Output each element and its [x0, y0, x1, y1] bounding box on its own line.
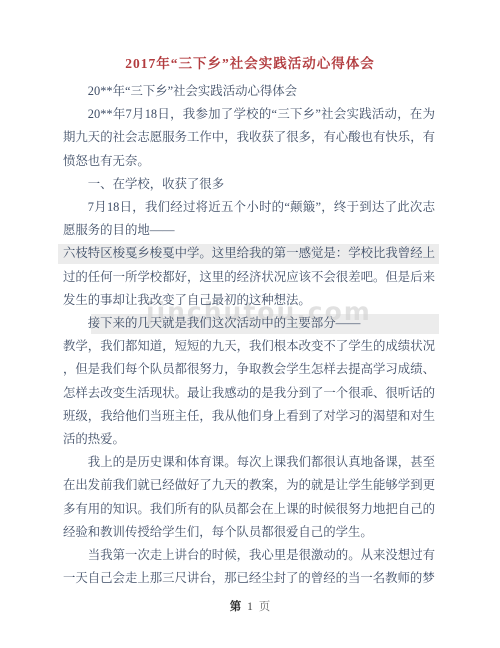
paragraph: 7月18日，我们经过将近五个小时的“颠簸”，终于到达了此次志愿服务的目的地—— [63, 196, 435, 242]
paragraph: 20**年7月18日，我参加了学校的“三下乡”社会实践活动，在为期九天的社会志愿… [63, 103, 435, 173]
page-footer: 第 1 页 [0, 598, 500, 614]
paragraph: 当我第一次走上讲台的时候，我心里是很激动的。从来没想过有一天自己会走上那三尺讲台… [63, 544, 435, 590]
page-footer-prefix: 第 [230, 601, 242, 613]
page-number: 1 [244, 601, 256, 613]
paragraph: 我上的是历史课和体育课。每次上课我们都很认真地备课，甚至在出发前我们就已经做好了… [63, 451, 435, 544]
doc-title: 2017年“三下乡”社会实践活动心得体会 [0, 52, 500, 72]
page-footer-suffix: 页 [259, 601, 271, 613]
paragraph: 20**年“三下乡”社会实践活动心得体会 [63, 80, 435, 103]
paragraph: 教学，我们都知道，短短的九天，我们根本改变不了学生的成绩状况，但是我们每个队员都… [63, 335, 435, 451]
paragraph: 六枝特区梭戛乡梭戛中学。这里给我的第一感觉是：学校比我曾经上过的任何一所学校都好… [63, 242, 435, 312]
document-page: jinchutou.com 2017年“三下乡”社会实践活动心得体会 20**年… [0, 0, 500, 648]
doc-body: 20**年“三下乡”社会实践活动心得体会 20**年7月18日，我参加了学校的“… [63, 80, 435, 590]
paragraph: 一、在学校，收获了很多 [63, 173, 435, 196]
paragraph: 接下来的几天就是我们这次活动中的主要部分—— [63, 312, 435, 335]
